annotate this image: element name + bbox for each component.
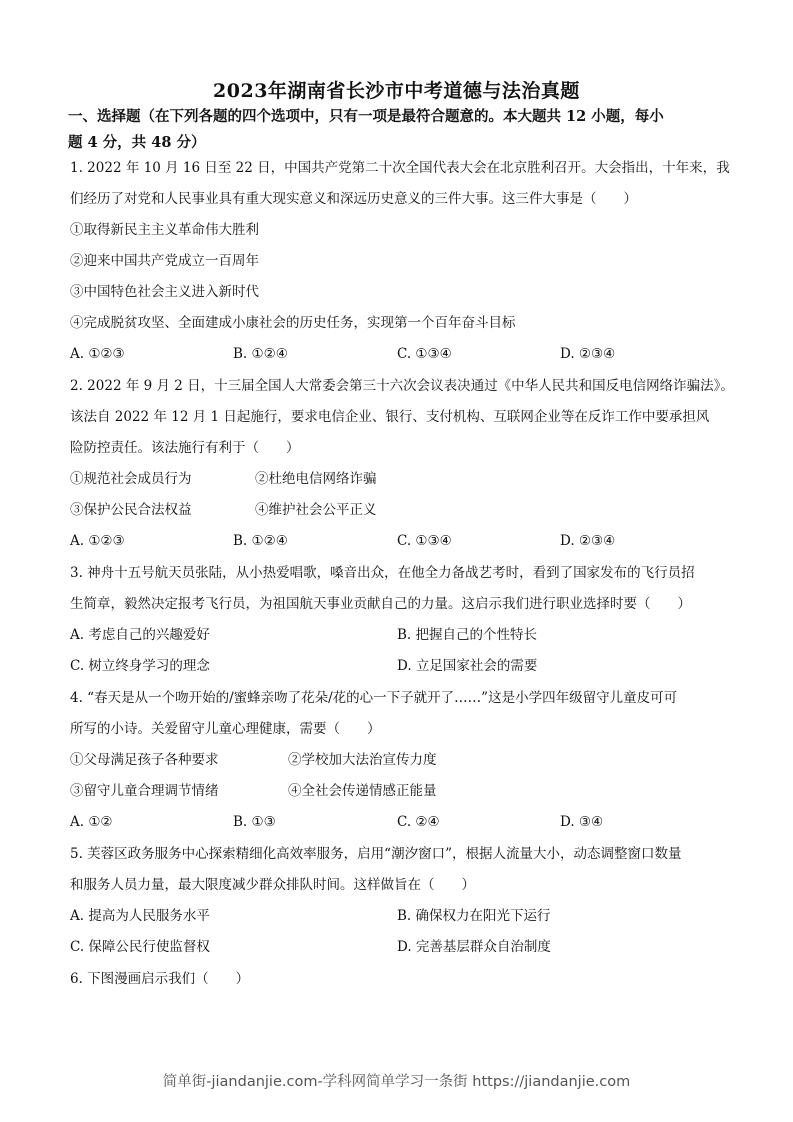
question-5-option-d: D. 完善基层群众自治制度: [397, 937, 551, 957]
question-2-item: ④维护社会公平正义: [255, 500, 377, 520]
question-2-option-a: A. ①②③: [70, 531, 125, 551]
question-1-option-d: D. ②③④: [560, 344, 615, 364]
question-5-line: 和服务人员力量，最大限度减少群众排队时间。这样做旨在（ ）: [70, 875, 475, 895]
question-3-line: 3. 神舟十五号航天员张陆，从小热爱唱歌，嗓音出众，在他全力备战艺考时，看到了国…: [70, 563, 695, 583]
section-header: 一、选择题（在下列各题的四个选项中，只有一项是最符合题意的。本大题共 12 小题…: [68, 104, 728, 156]
question-2-item: ②杜绝电信网络诈骗: [255, 469, 377, 489]
exam-page: 2023年湖南省长沙市中考道德与法治真题 一、选择题（在下列各题的四个选项中，只…: [0, 0, 793, 1122]
question-4-line: 4. “春天是从一个吻开始的/蜜蜂亲吻了花朵/花的心一下子就开了……”这是小学四…: [70, 688, 677, 708]
question-2-option-d: D. ②③④: [560, 531, 615, 551]
question-1-line: 们经历了对党和人民事业具有重大现实意义和深远历史意义的三件大事。这三件大事是（ …: [70, 189, 637, 209]
question-5-option-a: A. 提高为人民服务水平: [70, 906, 210, 926]
question-4-item: ①父母满足孩子各种要求: [70, 750, 219, 770]
question-6-line: 6. 下图漫画启示我们（ ）: [70, 969, 249, 989]
section-header-line: 题 4 分，共 48 分）: [68, 130, 728, 156]
question-3-option-d: D. 立足国家社会的需要: [397, 656, 537, 676]
question-2-line: 2. 2022 年 9 月 2 日，十三届全国人大常委会第三十六次会议表决通过《…: [70, 376, 734, 396]
question-4-line: 所写的小诗。关爱留守儿童心理健康，需要（ ）: [70, 719, 381, 739]
question-2-line: 该法自 2022 年 12 月 1 日起施行，要求电信企业、银行、支付机构、互联…: [70, 407, 709, 427]
question-1-line: 1. 2022 年 10 月 16 日至 22 日，中国共产党第二十次全国代表大…: [70, 158, 730, 178]
question-1-item: ①取得新民主主义革命伟大胜利: [70, 220, 259, 240]
question-1-option-c: C. ①③④: [397, 344, 452, 364]
question-3-line: 生简章，毅然决定报考飞行员，为祖国航天事业贡献自己的力量。这启示我们进行职业选择…: [70, 594, 691, 614]
footer-watermark: 简单街-jiandanjie.com-学科网简单学习一条街 https://ji…: [0, 1070, 793, 1091]
question-2-option-c: C. ①③④: [397, 531, 452, 551]
section-header-line: 一、选择题（在下列各题的四个选项中，只有一项是最符合题意的。本大题共 12 小题…: [68, 104, 728, 130]
question-4-item: ③留守儿童合理调节情绪: [70, 781, 219, 801]
question-4-option-b: B. ①③: [233, 812, 276, 832]
question-1-item: ②迎来中国共产党成立一百周年: [70, 251, 259, 271]
question-1-item: ③中国特色社会主义进入新时代: [70, 282, 259, 302]
question-2-item: ①规范社会成员行为: [70, 469, 192, 489]
question-3-option-b: B. 把握自己的个性特长: [397, 625, 537, 645]
question-4-option-d: D. ③④: [560, 812, 603, 832]
question-5-option-c: C. 保障公民行使监督权: [70, 937, 210, 957]
question-4-item: ④全社会传递情感正能量: [288, 781, 437, 801]
question-4-option-a: A. ①②: [70, 812, 113, 832]
question-1-option-b: B. ①②④: [233, 344, 288, 364]
question-5-line: 5. 芙蓉区政务服务中心探索精细化高效率服务，启用“潮汐窗口”，根据人流量大小，…: [70, 844, 681, 864]
question-2-item: ③保护公民合法权益: [70, 500, 192, 520]
document-title: 2023年湖南省长沙市中考道德与法治真题: [0, 76, 793, 103]
question-1-option-a: A. ①②③: [70, 344, 125, 364]
question-4-item: ②学校加大法治宣传力度: [288, 750, 437, 770]
question-2-line: 险防控责任。该法施行有利于（ ）: [70, 438, 300, 458]
question-3-option-a: A. 考虑自己的兴趣爱好: [70, 625, 210, 645]
question-4-option-c: C. ②④: [397, 812, 440, 832]
question-1-item: ④完成脱贫攻坚、全面建成小康社会的历史任务，实现第一个百年奋斗目标: [70, 313, 516, 333]
question-3-option-c: C. 树立终身学习的理念: [70, 656, 210, 676]
question-5-option-b: B. 确保权力在阳光下运行: [397, 906, 551, 926]
question-2-option-b: B. ①②④: [233, 531, 288, 551]
